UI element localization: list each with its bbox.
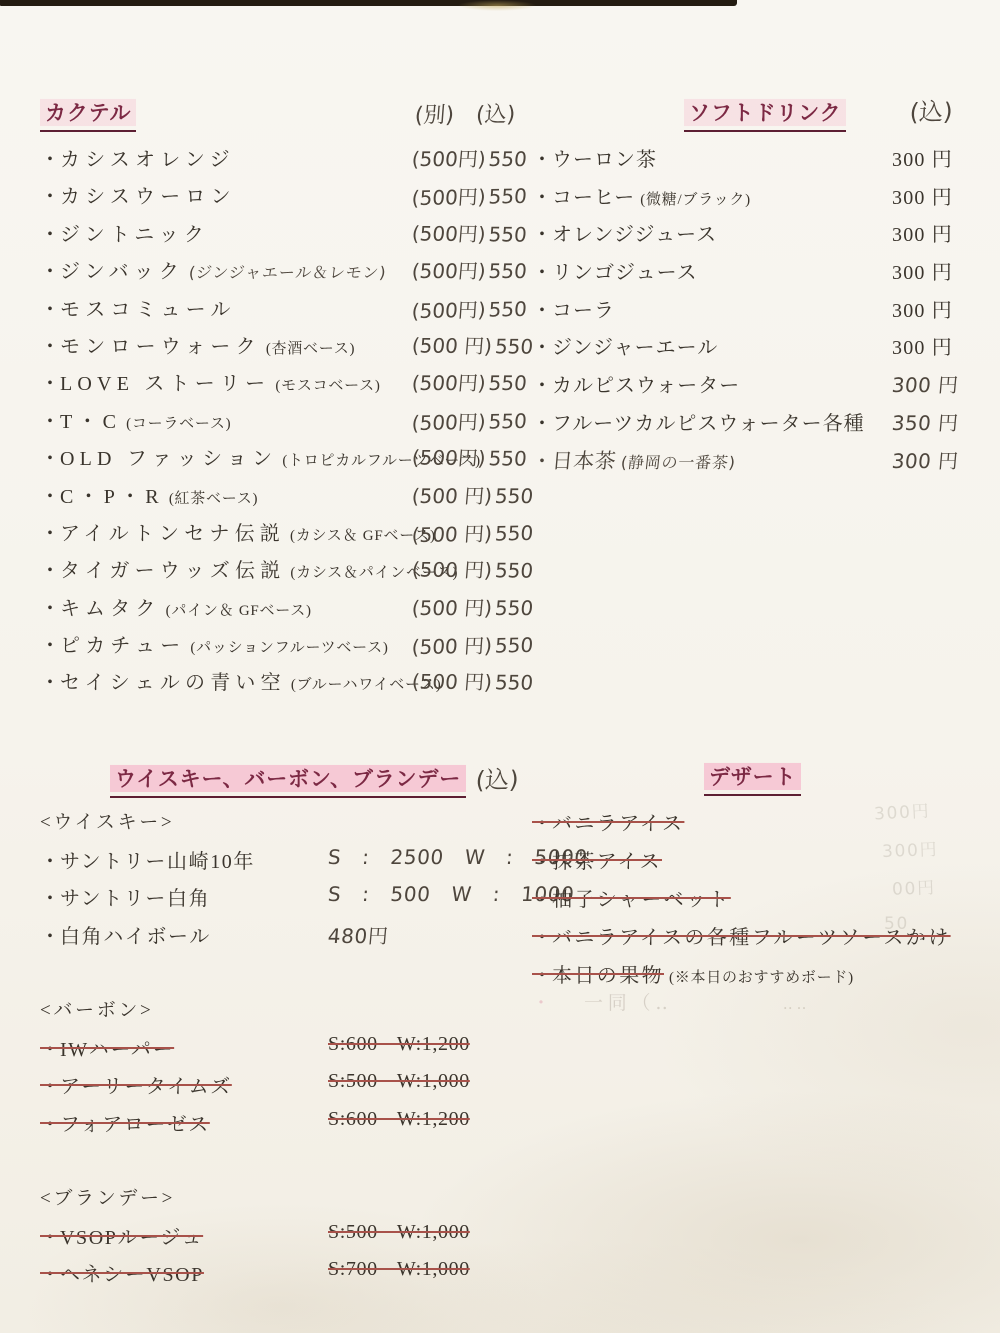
item-name: カシスウーロン [60, 186, 236, 208]
menu-item-row: ジンジャーエール 300 円 [532, 331, 990, 369]
price-tax-incl: 550 [488, 409, 528, 434]
group-bourbon-label: <バーボン> [40, 995, 540, 1033]
menu-item-row: VSOPルージュ S:500 W:1,000 [40, 1221, 540, 1259]
item-price: 300 円 [892, 181, 953, 210]
item-label: ジントニック [40, 218, 209, 247]
price-tax-excl: (500 円) [411, 670, 493, 695]
item-name: ピカチュー [60, 635, 185, 657]
item-note: (紅茶ベース) [169, 487, 259, 508]
price-tax-excl: (500 円) [411, 596, 493, 620]
menu-item-row: リンゴジュース 300 円 [532, 256, 990, 294]
price-tax-incl: 550 [494, 633, 534, 658]
cocktails-header: カクテル (別)(込) [40, 96, 530, 143]
erased-text: 一同（‥ [584, 993, 673, 1014]
soft-drinks-list: ウーロン茶 300 円 コーヒー(微糖/ブラック) 300 円 オレンジジュース… [532, 143, 990, 482]
item-price: (500円)550 [411, 217, 528, 247]
item-price: (500円)550 [411, 442, 528, 472]
item-note: (杏酒ベース) [266, 337, 356, 358]
item-note: (コーラベース) [126, 412, 231, 433]
menu-item-row: 白角ハイボール 480円 [40, 920, 540, 958]
price-tax-incl: 550 [488, 147, 528, 171]
item-label: モスコミュール [40, 293, 236, 322]
price-tax-incl: 550 [488, 296, 528, 321]
item-label: C・P・R [40, 480, 164, 509]
menu-item-row: コーヒー(微糖/ブラック) 300 円 [532, 181, 990, 219]
item-name: バニラアイス [552, 813, 684, 835]
menu-item-row: IWハーパー S:600 W:1,200 [40, 1033, 540, 1071]
item-name: 白角ハイボール [60, 926, 211, 948]
item-name: コーヒー [552, 187, 635, 209]
item-note: (パイン＆ GFベース) [166, 599, 312, 620]
item-name: 日本茶 [551, 445, 618, 475]
item-note: (ジンジャエール＆レモン) [188, 260, 388, 283]
item-label: キムタク [40, 592, 161, 621]
item-note: (※本日のおすすめボード) [669, 966, 854, 987]
paper-top-stain [458, 0, 536, 11]
price-tax-excl: (500円) [411, 371, 487, 395]
group-whisky: <ウイスキー> サントリー山崎10年 S : 2500 W : 5000 サント… [40, 807, 540, 957]
item-label: オレンジジュース [532, 218, 717, 247]
whisky-list: サントリー山崎10年 S : 2500 W : 5000 サントリー白角 S :… [40, 845, 540, 958]
item-label: モンローウォーク [40, 330, 261, 359]
item-label: フルーツカルピスウォーター各種 [532, 407, 865, 436]
item-label: カルピスウォーター [532, 369, 740, 398]
item-label: 抹茶アイス [532, 845, 662, 874]
item-label: コーラ [532, 294, 615, 323]
item-price: (500円)550 [411, 367, 529, 396]
item-name: カルピスウォーター [552, 375, 740, 397]
item-name: キムタク [60, 598, 161, 620]
menu-item-row: コーラ 300 円 [532, 294, 990, 332]
item-price: 300 円 [892, 294, 953, 323]
price-tax-excl: (500円) [411, 409, 487, 434]
item-price: 480円 [327, 920, 390, 949]
item-name: フォアローゼス [60, 1114, 210, 1136]
item-price: S:600 W:1,200 [328, 1033, 470, 1056]
price-tax-incl: 550 [494, 596, 534, 620]
price-tax-incl: 550 [488, 184, 528, 209]
section-spirits: ウイスキー、バーボン、ブランデー(込) <ウイスキー> サントリー山崎10年 S… [40, 760, 540, 1296]
group-bourbon: <バーボン> IWハーパー S:600 W:1,200 アーリータイムズ S:5… [40, 995, 540, 1145]
item-label: サントリー白角 [40, 882, 210, 911]
item-price: 300 円 [892, 256, 953, 285]
tax-excl-label: (別) [414, 103, 455, 128]
price-tax-excl: (500 円) [411, 484, 493, 508]
spirits-title: ウイスキー、バーボン、ブランデー [110, 762, 466, 798]
item-name: モスコミュール [60, 299, 236, 321]
menu-item-row: タイガーウッズ伝説(カシス＆パインベース) (500 円)550 [40, 554, 530, 591]
item-label: IWハーパー [40, 1033, 174, 1062]
menu-item-row: フルーツカルピスウォーター各種 350 円 [532, 407, 990, 445]
item-name: サントリー白角 [60, 888, 210, 910]
item-name: C・P・R [60, 486, 164, 508]
item-label: カシスウーロン [40, 180, 236, 209]
item-price: (500円)550 [411, 292, 528, 323]
item-label: 白角ハイボール [40, 920, 211, 949]
section-desserts: デザート バニラアイス 抹茶アイス 柚子シャーベット バニラアイスの各種フルーツ… [532, 760, 990, 997]
item-price: 300 円 [892, 143, 953, 172]
item-price: (500 円)550 [411, 592, 535, 621]
soft-drinks-title: ソフトドリンク [684, 96, 846, 132]
item-note: (パッションフルーツベース) [190, 636, 388, 657]
item-note: (モスコベース) [275, 374, 380, 395]
menu-item-row: サントリー山崎10年 S : 2500 W : 5000 [40, 845, 540, 883]
menu-item-row: カルピスウォーター 300 円 [532, 369, 990, 407]
item-price: S:500 W:1,000 [328, 1070, 470, 1093]
item-name: OLD ファッション [60, 448, 277, 470]
item-label: コーヒー [532, 181, 635, 210]
item-name: アイルトンセナ伝説 [60, 523, 285, 545]
ghost-price: 300円 [873, 797, 930, 825]
menu-item-row: サントリー白角 S : 500 W : 1000 [40, 882, 540, 920]
item-name: タイガーウッズ伝説 [60, 560, 285, 582]
price-tax-incl: 550 [488, 259, 528, 283]
item-label: セイシェルの青い空 [40, 666, 286, 695]
price-tax-excl: (500円) [411, 185, 487, 210]
item-label: T・C [40, 405, 121, 434]
item-price: (500 円)550 [411, 554, 535, 584]
item-price: (500 円)550 [411, 629, 534, 660]
item-price: (500円)550 [411, 255, 529, 284]
menu-item-row: ジントニック (500円)550 [40, 218, 530, 255]
item-label: 日本茶 [532, 445, 616, 475]
soft-drinks-tax-mark: (込) [909, 92, 954, 127]
item-name: LOVE ストーリー [60, 373, 270, 395]
menu-item-row: ウーロン茶 300 円 [532, 143, 990, 181]
item-label: フォアローゼス [40, 1108, 210, 1137]
price-tax-excl: (500 円) [411, 333, 493, 358]
price-tax-incl: 550 [488, 446, 528, 470]
price-tax-excl: (500円) [411, 297, 487, 322]
price-tax-excl: (500円) [411, 259, 487, 283]
item-price: (500 円)550 [411, 480, 535, 509]
group-brandy: <ブランデー> VSOPルージュ S:500 W:1,000 ヘネシーVSOP … [40, 1183, 540, 1296]
item-label: LOVE ストーリー [40, 367, 270, 396]
item-name: ジンジャーエール [552, 337, 718, 359]
item-price: (500 円)550 [411, 666, 535, 696]
item-name: 抹茶アイス [552, 851, 662, 873]
menu-item-row: フォアローゼス S:600 W:1,200 [40, 1108, 540, 1146]
menu-item-row: アイルトンセナ伝説(カシス＆ GFベース) (500 円)550 [40, 517, 530, 554]
menu-item-row: モンローウォーク(杏酒ベース) (500 円)550 [40, 330, 530, 367]
item-name: モンローウォーク [60, 336, 261, 358]
price-tax-excl: (500円) [411, 147, 487, 171]
erased-marks: ‥ ‥ [783, 997, 807, 1013]
menu-item-row: ジンバック(ジンジャエール＆レモン) (500円)550 [40, 255, 530, 292]
item-price: S:500 W:1,000 [328, 1221, 470, 1244]
item-price: (500 円)550 [411, 329, 535, 359]
item-price: 300 円 [891, 369, 960, 398]
item-name: コーラ [552, 300, 615, 322]
item-price: S:600 W:1,200 [328, 1108, 470, 1131]
ghost-price: 00円 [892, 873, 937, 900]
price-tax-excl: (500 円) [411, 522, 493, 548]
price-tax-excl: (500 円) [411, 558, 493, 583]
item-name: カシスオレンジ [60, 149, 235, 171]
menu-item-row: セイシェルの青い空(ブルーハワイベース) (500 円)550 [40, 666, 530, 703]
item-label: OLD ファッション [40, 442, 277, 471]
menu-item-row: OLD ファッション(トロピカルフルーツベース) (500円)550 [40, 442, 530, 479]
price-tax-excl: (500円) [411, 221, 487, 246]
menu-item-row: T・C(コーラベース) (500円)550 [40, 405, 530, 442]
item-label: ジンバック [40, 255, 184, 284]
ghost-price: 50 [884, 914, 909, 934]
item-name: T・C [60, 411, 121, 433]
desserts-title: デザート [704, 760, 801, 796]
menu-item-row: キムタク(パイン＆ GFベース) (500 円)550 [40, 592, 530, 629]
item-name: セイシェルの青い空 [60, 672, 286, 694]
menu-item-row: アーリータイムズ S:500 W:1,000 [40, 1070, 540, 1108]
item-name: サントリー山崎10年 [60, 851, 255, 873]
price-tax-excl: (500 円) [411, 634, 493, 660]
menu-item-row: モスコミュール (500円)550 [40, 293, 530, 330]
group-whisky-label: <ウイスキー> [40, 807, 540, 845]
item-name: ウーロン茶 [552, 149, 657, 171]
cocktails-list: カシスオレンジ (500円)550 カシスウーロン (500円)550 ジントニ… [40, 143, 530, 704]
item-label: バニラアイス [532, 807, 684, 836]
menu-item-row: ヘネシーVSOP S:700 W:1,000 [40, 1258, 540, 1296]
price-tax-incl: 550 [488, 222, 528, 246]
cocktails-title: カクテル [40, 96, 136, 132]
item-name: リンゴジュース [552, 262, 698, 284]
item-name: IWハーパー [60, 1039, 174, 1061]
item-label: サントリー山崎10年 [40, 845, 255, 874]
soft-drinks-header: ソフトドリンク (込) [532, 96, 990, 143]
spirits-header: ウイスキー、バーボン、ブランデー(込) [40, 760, 540, 807]
section-cocktails: カクテル (別)(込) カシスオレンジ (500円)550 カシスウーロン (5… [40, 96, 530, 704]
item-name: ジントニック [60, 224, 209, 246]
item-label: 本日の果物 [532, 959, 664, 988]
item-price: 350 円 [891, 407, 960, 436]
tax-incl-label: (込) [475, 102, 516, 127]
item-price: S:700 W:1,000 [328, 1258, 470, 1281]
section-soft-drinks: ソフトドリンク (込) ウーロン茶 300 円 コーヒー(微糖/ブラック) 30… [532, 96, 990, 482]
item-label: VSOPルージュ [40, 1221, 203, 1250]
menu-item-row: ピカチュー(パッションフルーツベース) (500 円)550 [40, 629, 530, 666]
item-label: 柚子シャーベット [532, 883, 731, 912]
menu-item-row: カシスオレンジ (500円)550 [40, 143, 530, 180]
item-label: ヘネシーVSOP [40, 1258, 204, 1287]
item-name: 柚子シャーベット [552, 889, 731, 911]
price-tax-incl: 550 [494, 334, 534, 358]
item-price: (500円)550 [411, 405, 528, 436]
item-label: タイガーウッズ伝説 [40, 554, 285, 583]
price-tax-incl: 550 [494, 671, 534, 695]
item-price: 300 円 [891, 445, 960, 474]
price-tax-incl: 550 [494, 559, 534, 583]
item-name: 本日の果物 [552, 965, 664, 987]
spirits-tax-mark: (込) [475, 760, 520, 795]
item-price: (500円)550 [411, 180, 528, 211]
menu-item-row: C・P・R(紅茶ベース) (500 円)550 [40, 480, 530, 517]
item-price: 300 円 [892, 218, 953, 247]
price-tax-excl: (500円) [411, 446, 487, 471]
item-note: (微糖/ブラック) [640, 188, 751, 209]
menu-item-row: 日本茶(静岡の一番茶) 300 円 [532, 445, 990, 483]
menu-item-row: カシスウーロン (500円)550 [40, 180, 530, 217]
brandy-list: VSOPルージュ S:500 W:1,000 ヘネシーVSOP S:700 W:… [40, 1221, 540, 1296]
item-name: ヘネシーVSOP [60, 1264, 204, 1286]
item-name: オレンジジュース [552, 224, 717, 246]
item-label: ジンジャーエール [532, 331, 718, 360]
item-note: (静岡の一番茶) [620, 450, 737, 473]
menu-item-row: オレンジジュース 300 円 [532, 218, 990, 256]
menu-item-row: LOVE ストーリー(モスコベース) (500円)550 [40, 367, 530, 404]
paper-top-edge [0, 0, 737, 6]
item-name: フルーツカルピスウォーター各種 [552, 413, 865, 435]
menu-item-row: バニラアイスの各種フルーツソースかけ [532, 921, 990, 959]
erased-bullet: ・ [532, 993, 550, 1013]
item-name: アーリータイムズ [60, 1076, 232, 1098]
item-label: ピカチュー [40, 629, 185, 658]
price-tax-incl: 550 [494, 484, 534, 508]
item-label: カシスオレンジ [40, 143, 235, 172]
erased-menu-line: ・一同（‥‥ ‥ [532, 988, 806, 1015]
item-label: リンゴジュース [532, 256, 698, 285]
menu-page: カクテル (別)(込) カシスオレンジ (500円)550 カシスウーロン (5… [0, 0, 1000, 1333]
price-tax-incl: 550 [494, 521, 534, 546]
price-tax-incl: 550 [488, 371, 528, 395]
item-name: ジンバック [60, 261, 184, 283]
item-price: (500円)550 [411, 143, 529, 172]
item-label: ウーロン茶 [532, 143, 657, 172]
item-price: 300 円 [892, 331, 953, 360]
ghost-price: 300円 [882, 835, 939, 862]
bourbon-list: IWハーパー S:600 W:1,200 アーリータイムズ S:500 W:1,… [40, 1033, 540, 1146]
cocktails-tax-columns: (別)(込) [414, 97, 517, 129]
item-price: (500 円)550 [411, 517, 534, 548]
item-label: アイルトンセナ伝説 [40, 517, 285, 546]
group-brandy-label: <ブランデー> [40, 1183, 540, 1221]
item-label: アーリータイムズ [40, 1070, 232, 1099]
item-name: VSOPルージュ [60, 1227, 203, 1249]
